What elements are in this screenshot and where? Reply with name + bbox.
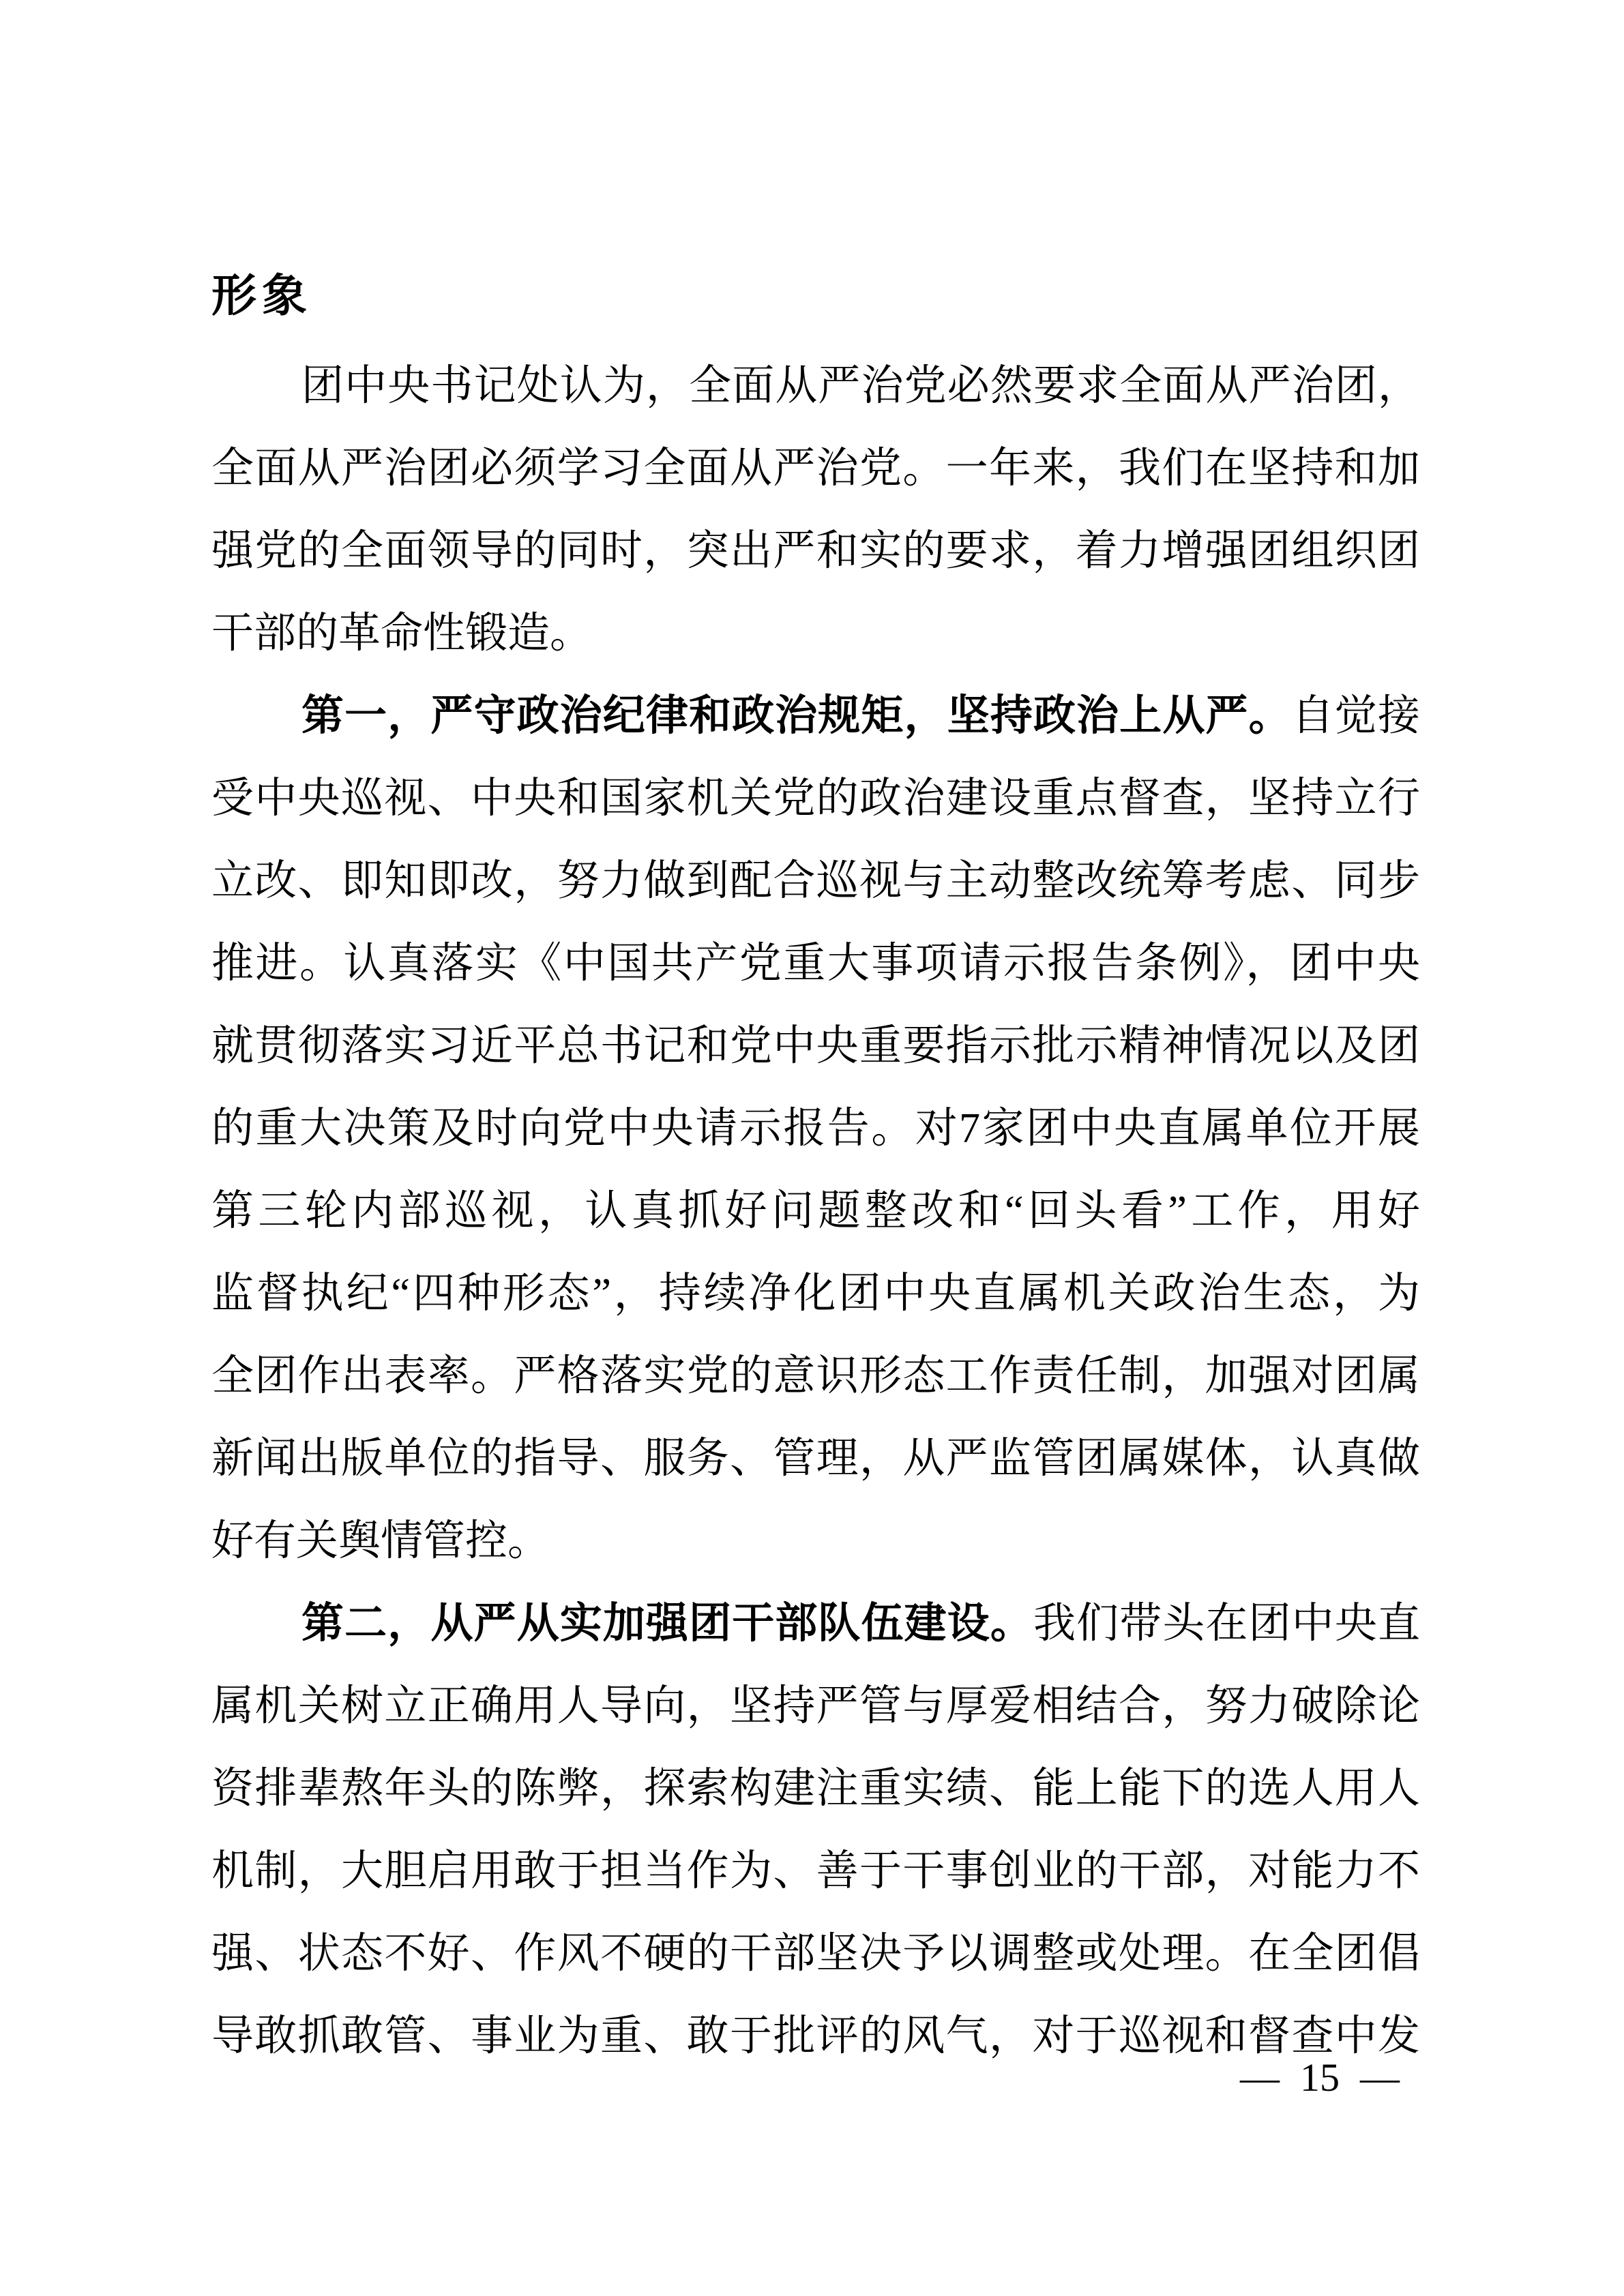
text-segment: 我们带头在团中央直 [1033,1600,1420,1647]
text-line: 团中央书记处认为，全面从严治党必然要求全面从严治团， [211,345,1420,428]
text-line: 好有关舆情管控。 [211,1500,1420,1583]
text-line: 监督执纪“四种形态”，持续净化团中央直属机关政治生态，为 [211,1253,1420,1335]
text-line: 第二，从严从实加强团干部队伍建设。我们带头在团中央直 [211,1583,1420,1665]
text-segment: 好有关舆情管控。 [211,1518,550,1564]
text-segment: 强党的全面领导的同时，突出严和实的要求，着力增强团组织团 [211,528,1420,574]
text-line: 干部的革命性锻造。 [211,593,1420,675]
text-line: 的重大决策及时向党中央请示报告。对7家团中央直属单位开展 [211,1088,1420,1170]
text-line: 受中央巡视、中央和国家机关党的政治建设重点督查，坚持立行 [211,758,1420,840]
text-segment: 团中央书记处认为，全面从严治党必然要求全面从严治团， [301,363,1420,409]
text-line: 机制，大胆启用敢于担当作为、善于干事创业的干部，对能力不 [211,1830,1420,1913]
text-line: 立改、即知即改，努力做到配合巡视与主动整改统筹考虑、同步 [211,840,1420,923]
text-segment: 新闻出版单位的指导、服务、管理，从严监管团属媒体，认真做 [211,1435,1420,1482]
text-line: 第三轮内部巡视，认真抓好问题整改和“回头看”工作，用好 [211,1170,1420,1253]
page-heading: 形象 [211,274,312,319]
text-segment: 的重大决策及时向党中央请示报告。对7家团中央直属单位开展 [211,1105,1420,1152]
text-line: 强党的全面领导的同时，突出严和实的要求，着力增强团组织团 [211,510,1420,593]
bold-text-segment: 第二，从严从实加强团干部队伍建设。 [301,1600,1033,1647]
text-segment: 导敢抓敢管、事业为重、敢于批评的风气，对于巡视和督查中发 [211,2013,1420,2059]
text-segment: 强、状态不好、作风不硬的干部坚决予以调整或处理。在全团倡 [211,1930,1420,1977]
text-segment: 受中央巡视、中央和国家机关党的政治建设重点督查，坚持立行 [211,775,1420,822]
text-line: 新闻出版单位的指导、服务、管理，从严监管团属媒体，认真做 [211,1418,1420,1500]
text-line: 就贯彻落实习近平总书记和党中央重要指示批示精神情况以及团 [211,1005,1420,1088]
text-line: 第一，严守政治纪律和政治规矩，坚持政治上从严。自觉接 [211,675,1420,758]
text-line: 导敢抓敢管、事业为重、敢于批评的风气，对于巡视和督查中发 [211,1995,1420,2078]
document-body: 团中央书记处认为，全面从严治党必然要求全面从严治团，全面从严治团必须学习全面从严… [211,345,1420,2078]
document-page: 形象 团中央书记处认为，全面从严治党必然要求全面从严治团，全面从严治团必须学习全… [0,0,1624,2296]
text-segment: 资排辈熬年头的陈弊，探索构建注重实绩、能上能下的选人用人 [211,1765,1420,1812]
text-segment: 监督执纪“四种形态”，持续净化团中央直属机关政治生态，为 [211,1270,1420,1317]
text-line: 全面从严治团必须学习全面从严治党。一年来，我们在坚持和加 [211,428,1420,510]
page-number: — 15 — [1240,2058,1400,2098]
text-segment: 立改、即知即改，努力做到配合巡视与主动整改统筹考虑、同步 [211,858,1420,904]
text-line: 强、状态不好、作风不硬的干部坚决予以调整或处理。在全团倡 [211,1913,1420,1995]
bold-text-segment: 第一，严守政治纪律和政治规矩，坚持政治上从严。 [301,693,1292,739]
text-segment: 全面从严治团必须学习全面从严治党。一年来，我们在坚持和加 [211,445,1420,492]
text-segment: 第三轮内部巡视，认真抓好问题整改和“回头看”工作，用好 [211,1188,1420,1234]
text-segment: 属机关树立正确用人导向，坚持严管与厚爱相结合，努力破除论 [211,1683,1420,1729]
page-number-right-dash: — [1360,2058,1400,2098]
page-number-left-dash: — [1240,2058,1280,2098]
text-segment: 干部的革命性锻造。 [211,610,592,657]
text-line: 属机关树立正确用人导向，坚持严管与厚爱相结合，努力破除论 [211,1665,1420,1748]
text-line: 资排辈熬年头的陈弊，探索构建注重实绩、能上能下的选人用人 [211,1748,1420,1830]
text-segment: 全团作出表率。严格落实党的意识形态工作责任制，加强对团属 [211,1353,1420,1399]
text-line: 推进。认真落实《中国共产党重大事项请示报告条例》，团中央 [211,923,1420,1005]
text-segment: 推进。认真落实《中国共产党重大事项请示报告条例》，团中央 [211,940,1420,987]
text-segment: 机制，大胆启用敢于担当作为、善于干事创业的干部，对能力不 [211,1848,1420,1894]
text-segment: 就贯彻落实习近平总书记和党中央重要指示批示精神情况以及团 [211,1023,1420,1069]
text-line: 全团作出表率。严格落实党的意识形态工作责任制，加强对团属 [211,1335,1420,1418]
text-segment: 自觉接 [1292,693,1420,739]
page-number-value: 15 [1300,2058,1340,2098]
